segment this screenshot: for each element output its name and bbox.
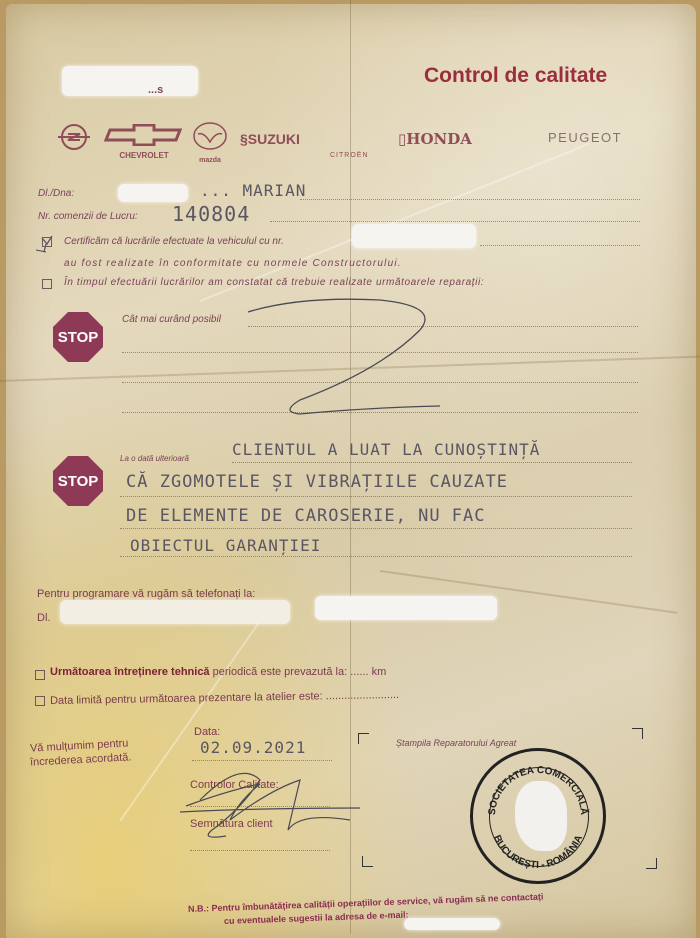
- handwritten-z-mark: [248, 299, 440, 414]
- signature-scribble: [180, 773, 360, 837]
- handwriting-overlay: [0, 0, 700, 938]
